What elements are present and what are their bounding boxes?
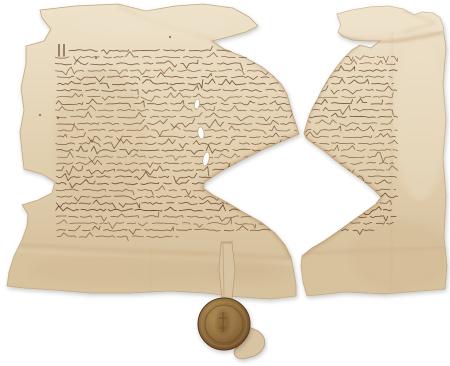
seal-tag bbox=[219, 242, 235, 300]
charter-svg bbox=[0, 0, 450, 366]
charter-photo: Medieval parchment charter with pendant … bbox=[0, 0, 450, 366]
wax-seal bbox=[198, 298, 265, 359]
